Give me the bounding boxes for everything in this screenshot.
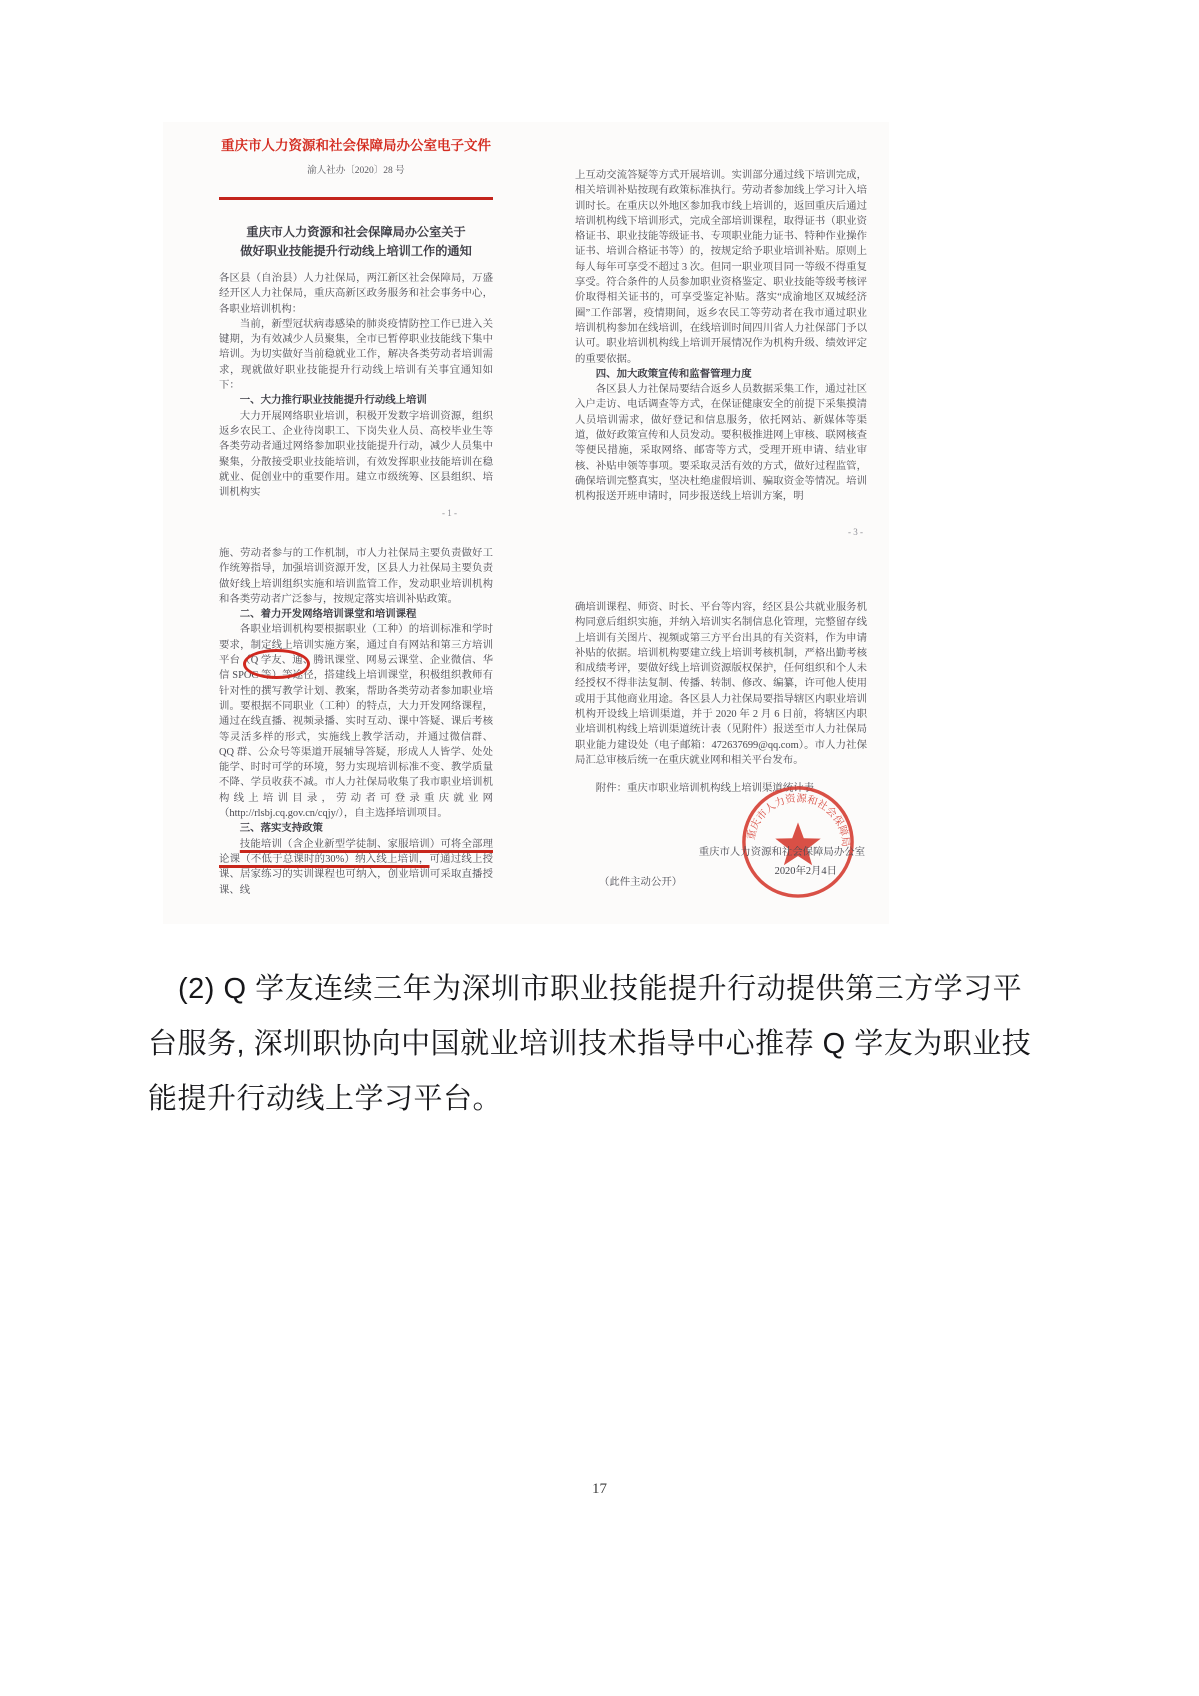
doc-paragraph: 确培训课程、师资、时长、平台等内容，经区县公共就业服务机构同意后组织实施，并纳入…: [575, 600, 867, 768]
issue-date: 2020年2月4日: [775, 862, 837, 877]
doc-paragraph: 当前，新型冠状病毒感染的肺炎疫情防控工作已进入关键期，为有效减少人员聚集，全市已…: [219, 317, 493, 393]
signature-block: 重庆市人力资源和社会保障局 重庆市人力资源和社会保障局办公室 2020年2月4日…: [575, 807, 867, 937]
doc-text-circled: Q 学友、: [251, 655, 292, 666]
page-marker-3: - 3 -: [575, 527, 867, 537]
issuing-office-signature: 重庆市人力资源和社会保障局办公室: [699, 843, 865, 858]
caption-line-1: (2) Q 学友连续三年为深圳市职业技能提升行动提供第三方学习平: [148, 962, 1064, 1017]
masthead-divider: [219, 197, 493, 200]
doc-salutation: 各区县（自治县）人力社保局，两江新区社会保障局，万盛经开区人力社保局，重庆高新区…: [219, 271, 493, 317]
document-title: 重庆市人力资源和社会保障局办公室关于 做好职业技能提升行动线上培训工作的通知: [219, 223, 493, 261]
doc-paragraph: 各区县人力社保局要结合返乡人员数据采集工作，通过社区入户走访、电话调查等方式，在…: [575, 382, 867, 504]
scan-page-4: 确培训课程、师资、时长、平台等内容，经区县公共就业服务机构同意后组织实施，并纳入…: [575, 600, 867, 937]
doc-paragraph: 上互动交流答疑等方式开展培训。实训部分通过线下培训完成，相关培训补贴按现有政策标…: [575, 168, 867, 367]
document-title-line1: 重庆市人力资源和社会保障局办公室关于: [219, 223, 493, 242]
report-page: 重庆市人力资源和社会保障局办公室电子文件 渝人社办〔2020〕28 号 重庆市人…: [0, 0, 1199, 1696]
document-number: 渝人社办〔2020〕28 号: [219, 162, 493, 176]
scan-page-1: 重庆市人力资源和社会保障局办公室电子文件 渝人社办〔2020〕28 号 重庆市人…: [219, 136, 493, 518]
page-number: 17: [0, 1481, 1199, 1498]
doc-section-heading-4: 四、加大政策宣传和监督管理力度: [575, 367, 867, 382]
official-seal-icon: 重庆市人力资源和社会保障局: [739, 783, 857, 901]
caption-line-3: 能提升行动线上学习平台。: [148, 1072, 1064, 1127]
public-disclosure-note: （此件主动公开）: [599, 873, 682, 888]
doc-text: 通、腾讯课堂、网易云课堂、企业微信、华信 SPOC 等）等途径，搭建线上培训课堂…: [219, 655, 493, 819]
doc-paragraph: 各职业培训机构要根据职业（工种）的培训标准和学时要求，制定线上培训实施方案，通过…: [219, 622, 493, 821]
doc-paragraph: 技能培训（含企业新型学徒制、家服培训）可将全部理论课（不低于总课时的30%）纳入…: [219, 837, 493, 898]
doc-section-heading-1: 一、大力推行职业技能提升行动线上培训: [219, 393, 493, 408]
scan-page-2: 施、劳动者参与的工作机制，市人力社保局主要负责做好工作统筹指导，加强培训资源开发…: [219, 546, 493, 898]
caption-line-2: 台服务, 深圳职协向中国就业培训技术指导中心推荐 Q 学友为职业技: [148, 1017, 1064, 1072]
page-marker-1: - 1 -: [219, 508, 493, 518]
scan-page-3: 上互动交流答疑等方式开展培训。实训部分通过线下培训完成，相关培训补贴按现有政策标…: [575, 168, 867, 537]
caption-paragraph: (2) Q 学友连续三年为深圳市职业技能提升行动提供第三方学习平 台服务, 深圳…: [148, 962, 1064, 1127]
doc-paragraph: 施、劳动者参与的工作机制，市人力社保局主要负责做好工作统筹指导，加强培训资源开发…: [219, 546, 493, 607]
scanned-document: 重庆市人力资源和社会保障局办公室电子文件 渝人社办〔2020〕28 号 重庆市人…: [163, 122, 889, 924]
doc-paragraph: 大力开展网络职业培训，积极开发数字培训资源，组织返乡农民工、企业待岗职工、下岗失…: [219, 409, 493, 501]
red-circle-annotation: Q 学友、: [251, 653, 292, 668]
doc-section-heading-2: 二、着力开发网络培训课堂和培训课程: [219, 607, 493, 622]
masthead-title: 重庆市人力资源和社会保障局办公室电子文件: [219, 136, 493, 155]
doc-section-heading-3: 三、落实支持政策: [219, 821, 493, 836]
document-title-line2: 做好职业技能提升行动线上培训工作的通知: [219, 242, 493, 261]
